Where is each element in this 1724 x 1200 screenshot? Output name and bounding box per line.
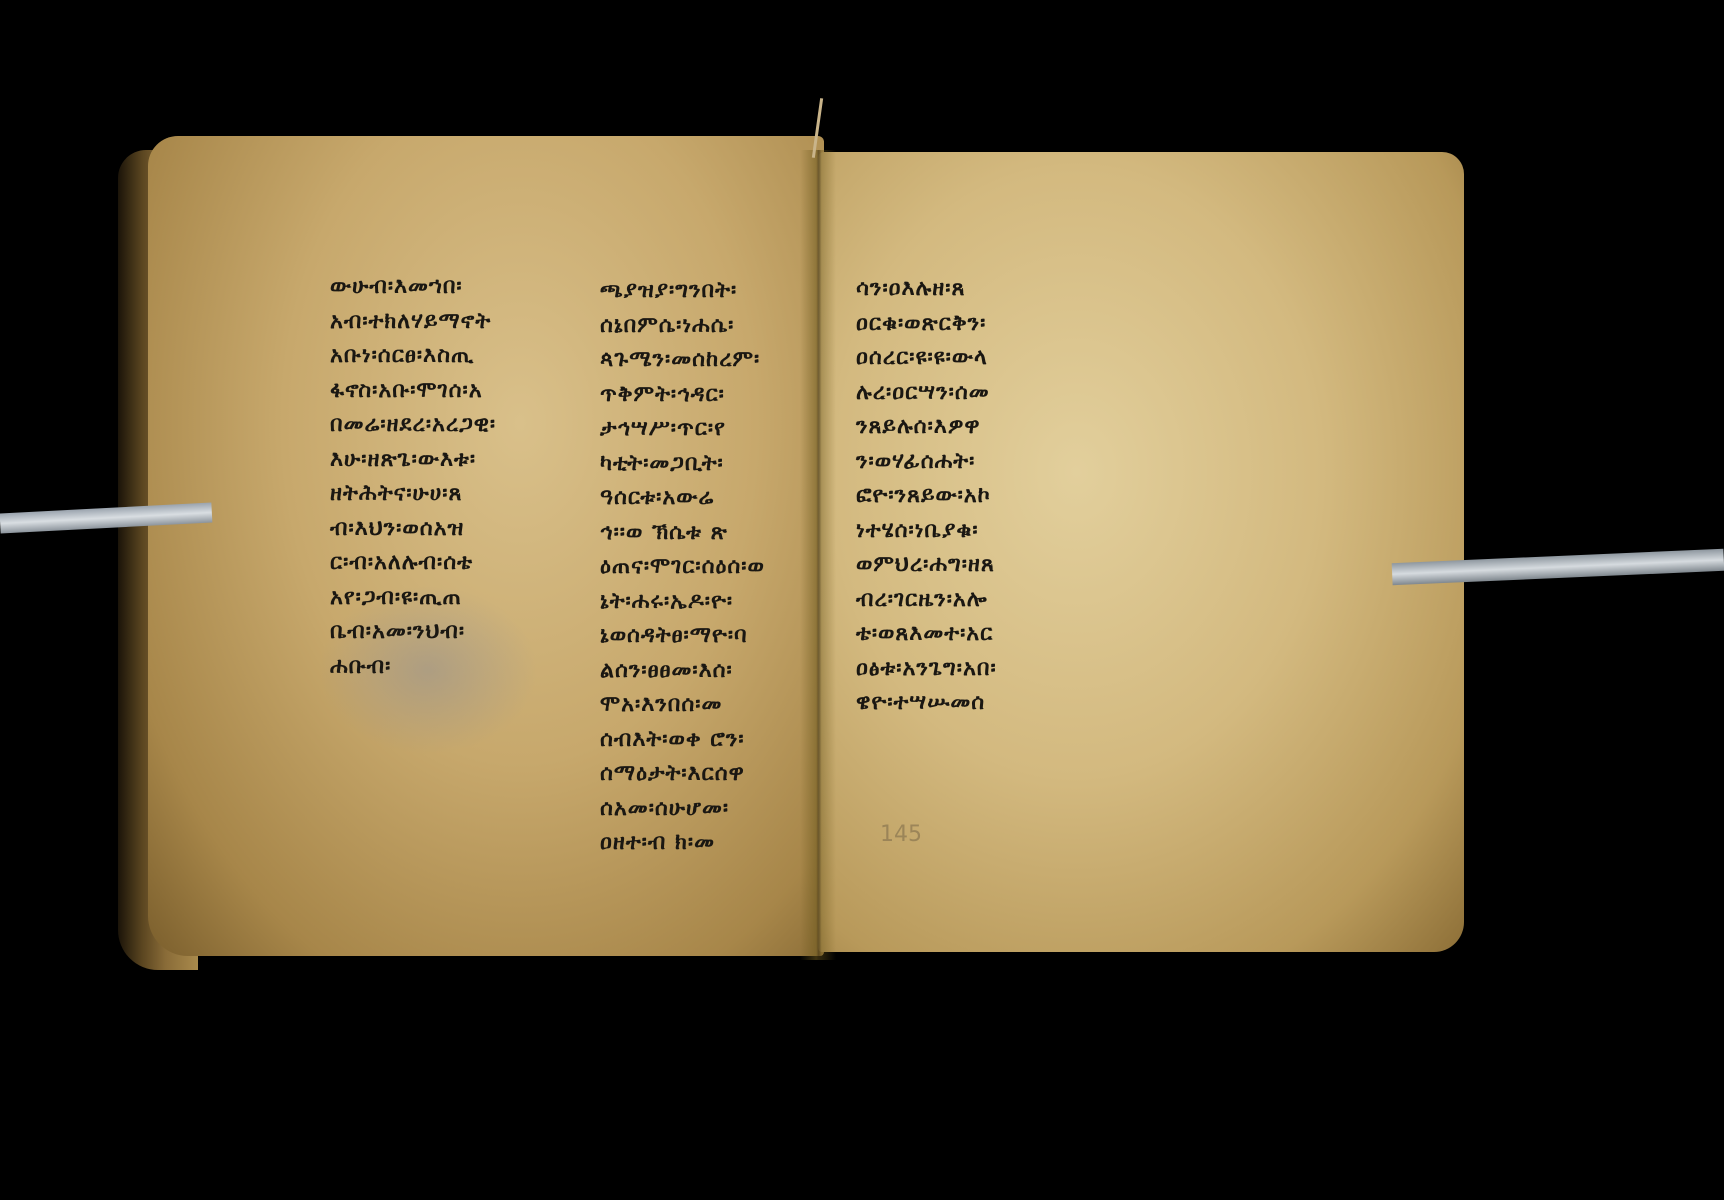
text-line: እሁ፡ዘጽጌ፡ውእቱ፡ — [330, 443, 496, 478]
text-line: ቴ፡ወጸእመተ፡አር — [856, 617, 997, 652]
text-line: ር፡ብ፡አለሉብ፡ሰቴ — [330, 546, 496, 581]
text-line: ወምህረ፡ሐግ፡ዘጸ — [856, 548, 997, 583]
text-line: ጫያዝያ፡ግንበት፡ — [600, 274, 765, 309]
text-line: ሞአ፡እንበሰ፡መ — [600, 688, 765, 723]
text-line: ታኅሣሥ፡ጥር፡የ — [600, 412, 765, 447]
text-line: ዐፅቱ፡አንጌግ፡አበ፡ — [856, 652, 997, 687]
text-line: ዐርቁ፡ወጽርቅን፡ — [856, 307, 997, 342]
text-line: ንጸይሉሰ፡እዎዋ — [856, 410, 997, 445]
text-column-1: ውሁብ፡እመኀበ፡ አብ፡ተክለሃይማኖት አቡነ፡ሰርፀ፡እስጢ ፋኖስ፡አቡ… — [330, 270, 496, 684]
text-line: ኔወሰዳትፀ፡ማዮ፡ባ — [600, 619, 765, 654]
text-column-3: ሳን፡ዐእሉዘ፡ጸ ዐርቁ፡ወጽርቅን፡ ዐሰረር፡ዩ፡ዩ፡ውላ ሉረ፡ዐርሣን… — [856, 272, 997, 721]
text-line: ጳጉሜን፡መሰከረም፡ — [600, 343, 765, 378]
text-line: ውሁብ፡እመኀበ፡ — [330, 270, 496, 305]
text-line: ነተሄሰ፡ነቤያቁ፡ — [856, 514, 997, 549]
text-line: ልሰን፡ፀፀመ፡እሰ፡ — [600, 654, 765, 689]
text-line: ቤብ፡አመ፡ንህብ፡ — [330, 615, 496, 650]
text-line: ፋኖስ፡አቡ፡ሞገሰ፡አ — [330, 374, 496, 409]
text-line: አብ፡ተክለሃይማኖት — [330, 305, 496, 340]
text-line: ዐዘተ፡ብ ክ፡መ — [600, 826, 765, 861]
text-line: ዕጠና፡ሞገር፡ሰዕሰ፡ወ — [600, 550, 765, 585]
text-line: በመሬ፡ዘደረ፡አረጋዊ፡ — [330, 408, 496, 443]
text-line: ሳን፡ዐእሉዘ፡ጸ — [856, 272, 997, 307]
text-line: ዓሰርቱ፡አውሬ — [600, 481, 765, 516]
text-line: ሉረ፡ዐርሣን፡ሰመ — [856, 376, 997, 411]
text-line: አየ፡ጋብ፡ዩ፡ጢጠ — [330, 581, 496, 616]
text-line: ጥቅምት፡ኅዳር፡ — [600, 378, 765, 413]
text-line: ኅ፡፡ወ ኽሴቱ ጽ — [600, 516, 765, 551]
text-line: ብ፡እህን፡ወሰአዝ — [330, 512, 496, 547]
text-line: ሰኔበምሴ፡ነሐሴ፡ — [600, 309, 765, 344]
text-line: ፎዮ፡ንጸይው፡አኮ — [856, 479, 997, 514]
text-line: ካቲት፡መጋቢት፡ — [600, 447, 765, 482]
folio-number: 145 — [880, 822, 922, 847]
manuscript-photo: ውሁብ፡እመኀበ፡ አብ፡ተክለሃይማኖት አቡነ፡ሰርፀ፡እስጢ ፋኖስ፡አቡ… — [0, 0, 1724, 1200]
text-line: ሰማዕታት፡እርሰዋ — [600, 757, 765, 792]
text-line: ዘትሕትና፡ሁሀ፡ጸ — [330, 477, 496, 512]
text-line: ዐሰረር፡ዩ፡ዩ፡ውላ — [856, 341, 997, 376]
text-line: ሐቡብ፡ — [330, 650, 496, 685]
book-gutter — [800, 150, 836, 960]
text-line: አቡነ፡ሰርፀ፡እስጢ — [330, 339, 496, 374]
text-line: ን፡ወሃፊሰሐት፡ — [856, 445, 997, 480]
text-line: ሰአመ፡ሰሁሆመ፡ — [600, 792, 765, 827]
text-line: ኔት፡ሐሩ፡ኤዶ፡ዮ፡ — [600, 585, 765, 620]
text-line: ሰብእት፡ወቀ ሮን፡ — [600, 723, 765, 758]
text-line: ዌዮ፡ተሣሡመሰ — [856, 686, 997, 721]
text-line: ብረ፡ገርዜን፡አሎ — [856, 583, 997, 618]
text-column-2: ጫያዝያ፡ግንበት፡ ሰኔበምሴ፡ነሐሴ፡ ጳጉሜን፡መሰከረም፡ ጥቅምት፡ኅ… — [600, 274, 765, 861]
